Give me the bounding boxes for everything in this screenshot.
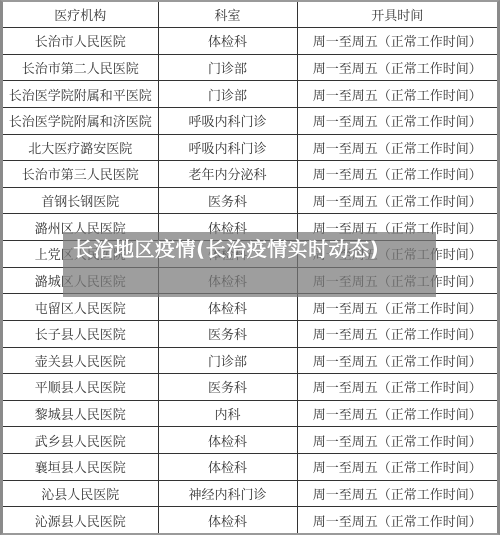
- header-institution: 医疗机构: [3, 2, 158, 28]
- table-row: 武乡县人民医院 体检科 周一至周五（正常工作时间）: [3, 427, 497, 454]
- cell-hours: 周一至周五（正常工作时间）: [297, 454, 497, 481]
- cell-hours: 周一至周五（正常工作时间）: [297, 320, 497, 347]
- header-hours: 开具时间: [297, 2, 497, 28]
- cell-department: 老年内分泌科: [158, 161, 297, 188]
- cell-department: 体检科: [158, 28, 297, 55]
- cell-department: 神经内科门诊: [158, 480, 297, 507]
- cell-hours: 周一至周五（正常工作时间）: [297, 400, 497, 427]
- cell-institution: 长子县人民医院: [3, 320, 158, 347]
- cell-hours: 周一至周五（正常工作时间）: [297, 347, 497, 374]
- cell-institution: 武乡县人民医院: [3, 427, 158, 454]
- cell-hours: 周一至周五（正常工作时间）: [297, 374, 497, 401]
- cell-department: 门诊部: [158, 347, 297, 374]
- cell-department: 体检科: [158, 454, 297, 481]
- cell-institution: 平顺县人民医院: [3, 374, 158, 401]
- cell-institution: 壶关县人民医院: [3, 347, 158, 374]
- cell-institution: 黎城县人民医院: [3, 400, 158, 427]
- cell-hours: 周一至周五（正常工作时间）: [297, 81, 497, 108]
- cell-department: 门诊部: [158, 81, 297, 108]
- cell-department: 体检科: [158, 507, 297, 533]
- cell-department: 呼吸内科门诊: [158, 107, 297, 134]
- cell-hours: 周一至周五（正常工作时间）: [297, 28, 497, 55]
- cell-hours: 周一至周五（正常工作时间）: [297, 427, 497, 454]
- table-row: 长治医学院附属和济医院 呼吸内科门诊 周一至周五（正常工作时间）: [3, 107, 497, 134]
- cell-hours: 周一至周五（正常工作时间）: [297, 54, 497, 81]
- cell-institution: 北大医疗潞安医院: [3, 134, 158, 161]
- cell-department: 呼吸内科门诊: [158, 134, 297, 161]
- table-row: 平顺县人民医院 医务科 周一至周五（正常工作时间）: [3, 374, 497, 401]
- cell-hours: 周一至周五（正常工作时间）: [297, 161, 497, 188]
- cell-institution: 长治市人民医院: [3, 28, 158, 55]
- table-header-row: 医疗机构 科室 开具时间: [3, 2, 497, 28]
- table-row: 襄垣县人民医院 体检科 周一至周五（正常工作时间）: [3, 454, 497, 481]
- cell-institution: 首钢长钢医院: [3, 187, 158, 214]
- cell-hours: 周一至周五（正常工作时间）: [297, 480, 497, 507]
- cell-department: 医务科: [158, 374, 297, 401]
- cell-institution: 长治医学院附属和济医院: [3, 107, 158, 134]
- table-row: 北大医疗潞安医院 呼吸内科门诊 周一至周五（正常工作时间）: [3, 134, 497, 161]
- table-row: 黎城县人民医院 内科 周一至周五（正常工作时间）: [3, 400, 497, 427]
- cell-hours: 周一至周五（正常工作时间）: [297, 294, 497, 321]
- cell-hours: 周一至周五（正常工作时间）: [297, 134, 497, 161]
- table-row: 屯留区人民医院 体检科 周一至周五（正常工作时间）: [3, 294, 497, 321]
- cell-institution: 长治市第三人民医院: [3, 161, 158, 188]
- cell-hours: 周一至周五（正常工作时间）: [297, 507, 497, 533]
- table-row: 长治市第三人民医院 老年内分泌科 周一至周五（正常工作时间）: [3, 161, 497, 188]
- cell-institution: 长治市第二人民医院: [3, 54, 158, 81]
- title-overlay-banner: 长治地区疫情(长治疫情实时动态): [63, 232, 436, 297]
- header-department: 科室: [158, 2, 297, 28]
- cell-hours: 周一至周五（正常工作时间）: [297, 107, 497, 134]
- table-row: 首钢长钢医院 医务科 周一至周五（正常工作时间）: [3, 187, 497, 214]
- cell-department: 内科: [158, 400, 297, 427]
- cell-institution: 屯留区人民医院: [3, 294, 158, 321]
- table-row: 壶关县人民医院 门诊部 周一至周五（正常工作时间）: [3, 347, 497, 374]
- table-row: 长治医学院附属和平医院 门诊部 周一至周五（正常工作时间）: [3, 81, 497, 108]
- table-row: 长治市第二人民医院 门诊部 周一至周五（正常工作时间）: [3, 54, 497, 81]
- cell-department: 体检科: [158, 294, 297, 321]
- cell-department: 医务科: [158, 320, 297, 347]
- cell-institution: 襄垣县人民医院: [3, 454, 158, 481]
- overlay-title: 长治地区疫情(长治疫情实时动态): [73, 236, 413, 262]
- table-row: 沁源县人民医院 体检科 周一至周五（正常工作时间）: [3, 507, 497, 533]
- cell-department: 门诊部: [158, 54, 297, 81]
- table-row: 长子县人民医院 医务科 周一至周五（正常工作时间）: [3, 320, 497, 347]
- cell-institution: 沁县人民医院: [3, 480, 158, 507]
- cell-department: 医务科: [158, 187, 297, 214]
- cell-hours: 周一至周五（正常工作时间）: [297, 187, 497, 214]
- table-row: 长治市人民医院 体检科 周一至周五（正常工作时间）: [3, 28, 497, 55]
- cell-institution: 沁源县人民医院: [3, 507, 158, 533]
- cell-institution: 长治医学院附属和平医院: [3, 81, 158, 108]
- cell-department: 体检科: [158, 427, 297, 454]
- table-row: 沁县人民医院 神经内科门诊 周一至周五（正常工作时间）: [3, 480, 497, 507]
